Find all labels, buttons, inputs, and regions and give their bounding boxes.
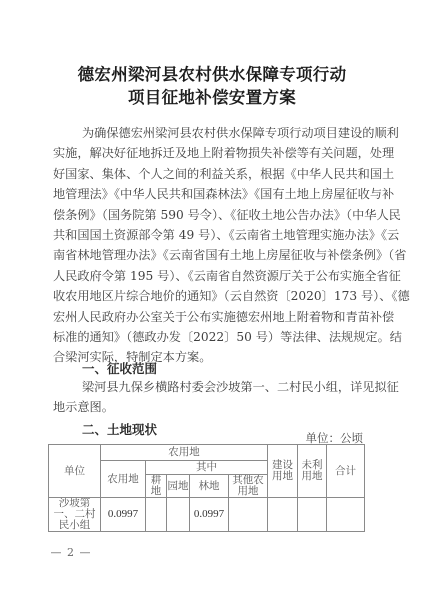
header-among-which: 其中 <box>146 461 268 475</box>
intro-line: 好国家、集体、个人之间的利益关系，根据《中华人民共和国土 <box>53 164 373 184</box>
cell-unused <box>298 498 327 532</box>
intro-line: 为确保德宏州梁河县农村供水保障专项行动项目建设的顺利 <box>53 123 373 143</box>
header-cultivated-land: 耕地 <box>146 475 167 498</box>
header-forest-land: 林地 <box>190 475 229 498</box>
intro-line: 收农用地区片综合地价的通知》（云自然资〔2020〕173 号）、《德 <box>53 286 373 306</box>
cell-total <box>327 498 365 532</box>
intro-line: 宏州人民政府办公室关于公布实施德宏州地上附着物和青苗补偿 <box>53 307 373 327</box>
cell-construction <box>268 498 298 532</box>
header-unused-land: 未利用地 <box>298 445 327 498</box>
header-agricultural-land-total: 农用地 <box>101 461 146 498</box>
header-unit: 单位 <box>49 445 101 498</box>
section-heading-scope: 一、征收范围 <box>82 359 157 377</box>
document-title-line-1: 德宏州梁河县农村供水保障专项行动 <box>0 64 424 86</box>
cell-agricultural-total: 0.0997 <box>101 498 146 532</box>
header-other-agricultural-land: 其他农用地 <box>229 475 268 498</box>
land-status-table: 单位 农用地 建设用地 未利用地 合计 农用地 其中 耕地 园地 林地 其他农用… <box>48 444 365 532</box>
intro-line: 标准的通知》（德政办发〔2022〕50 号）等法律、法规规定。结 <box>53 327 373 347</box>
intro-line: 南省林地管理办法》《云南省国有土地上房屋征收与补偿条例》（省 <box>53 245 373 265</box>
scope-line: 地示意图。 <box>53 397 373 417</box>
intro-paragraph: 为确保德宏州梁河县农村供水保障专项行动项目建设的顺利 实施，解决好征地拆迁及地上… <box>53 123 373 368</box>
intro-line: 地管理法》《中华人民共和国森林法》《国有土地上房屋征收与补 <box>53 184 373 204</box>
document-title-line-2: 项目征地补偿安置方案 <box>0 87 424 109</box>
table-row: 沙坡第一、二村民小组 0.0997 0.0997 <box>49 498 365 532</box>
header-construction-land: 建设用地 <box>268 445 298 498</box>
scope-paragraph: 梁河县九保乡横路村委会沙坡第一、二村民小组，详见拟征 地示意图。 <box>53 377 373 418</box>
header-garden-land: 园地 <box>167 475 190 498</box>
intro-line: 实施，解决好征地拆迁及地上附着物损失补偿等有关问题，处理 <box>53 143 373 163</box>
scope-line: 梁河县九保乡横路村委会沙坡第一、二村民小组，详见拟征 <box>53 377 373 397</box>
section-heading-land-status: 二、土地现状 <box>82 420 157 438</box>
intro-line: 偿条例》（国务院第 590 号令）、《征收土地公告办法》（中华人民 <box>53 205 373 225</box>
cell-unit: 沙坡第一、二村民小组 <box>49 498 101 532</box>
header-total: 合计 <box>327 445 365 498</box>
cell-forest: 0.0997 <box>190 498 229 532</box>
intro-line: 共和国国土资源部令第 49 号）、《云南省土地管理实施办法》《云 <box>53 225 373 245</box>
intro-line: 人民政府令第 195 号）、《云南省自然资源厅关于公布实施全省征 <box>53 266 373 286</box>
cell-garden <box>167 498 190 532</box>
page-number: — 2 — <box>48 546 94 559</box>
header-agricultural-land-group: 农用地 <box>101 445 268 461</box>
cell-other-agricultural <box>229 498 268 532</box>
cell-cultivated <box>146 498 167 532</box>
